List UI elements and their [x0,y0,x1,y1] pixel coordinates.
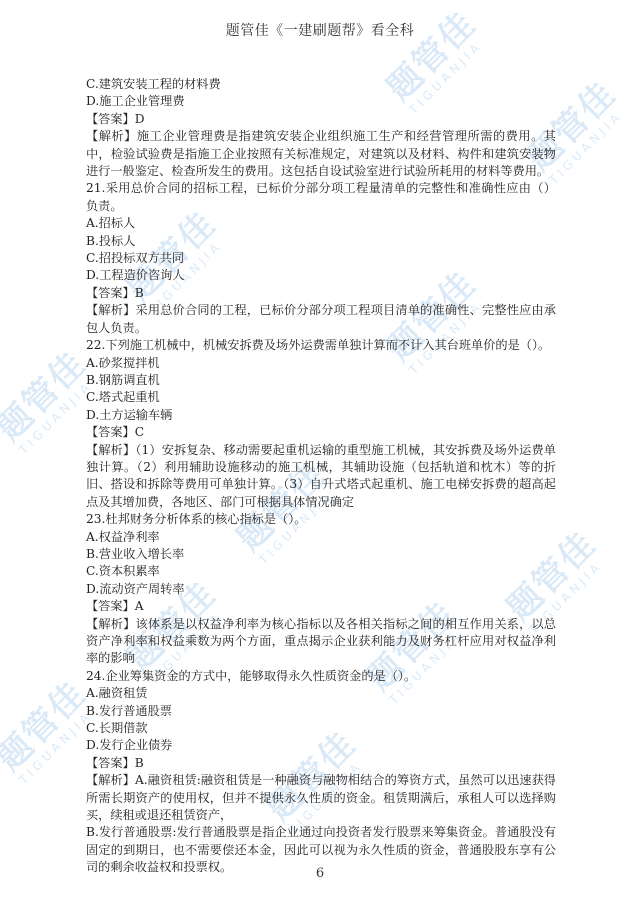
option-d: D.流动资产周转率 [86,581,556,598]
answer: 【答案】B [86,285,556,302]
option-c: C.塔式起重机 [86,389,556,406]
page-number: 6 [0,866,640,881]
option-b: B.投标人 [86,233,556,250]
question-24: 24.企业筹集资金的方式中，能够取得永久性质资金的是（）。 [86,668,556,685]
analysis: 【解析】（1）安拆复杂、移动需要起重机运输的重型施工机械，其安拆费及场外运费单独… [86,442,556,512]
option-d: D.发行企业债券 [86,737,556,754]
option-a: A.招标人 [86,215,556,232]
analysis: 【解析】A.融资租赁:融资租赁是一种融资与融物相结合的筹资方式，虽然可以迅速获得… [86,772,556,824]
answer: 【答案】D [86,111,556,128]
option-c: C.长期借款 [86,720,556,737]
analysis: 【解析】该体系是以权益净利率为核心指标以及各相关指标之间的相互作用关系，以总资产… [86,616,556,668]
option-d: D.土方运输车辆 [86,407,556,424]
option-c: C.招投标双方共同 [86,250,556,267]
option-b: B.发行普通股票 [86,703,556,720]
option-b: B.营业收入增长率 [86,546,556,563]
option-a: A.砂浆搅拌机 [86,355,556,372]
option-d: D.施工企业管理费 [86,93,556,110]
analysis: 【解析】采用总价合同的工程，已标价分部分项工程项目清单的准确性、完整性应由承包人… [86,302,556,337]
option-a: A.融资租赁 [86,685,556,702]
option-d: D.工程造价咨询人 [86,267,556,284]
answer: 【答案】C [86,424,556,441]
question-21: 21.采用总价合同的招标工程，已标价分部分项工程量清单的完整性和准确性应由（）负… [86,180,556,215]
answer: 【答案】A [86,598,556,615]
question-22: 22.下列施工机械中，机械安拆费及场外运费需单独计算而不计入其台班单价的是（）。 [86,337,556,354]
option-c: C.资本积累率 [86,563,556,580]
document-body: C.建筑安装工程的材料费 D.施工企业管理费 【答案】D 【解析】施工企业管理费… [86,76,556,877]
analysis: 【解析】施工企业管理费是指建筑安装企业组织施工生产和经营管理所需的费用。其中，检… [86,128,556,180]
option-c: C.建筑安装工程的材料费 [86,76,556,93]
question-23: 23.杜邦财务分析体系的核心指标是（）。 [86,511,556,528]
answer: 【答案】B [86,755,556,772]
option-b: B.钢筋调直机 [86,372,556,389]
page-header: 题管佳《一建刷题帮》看全科 [0,20,640,40]
option-a: A.权益净利率 [86,529,556,546]
